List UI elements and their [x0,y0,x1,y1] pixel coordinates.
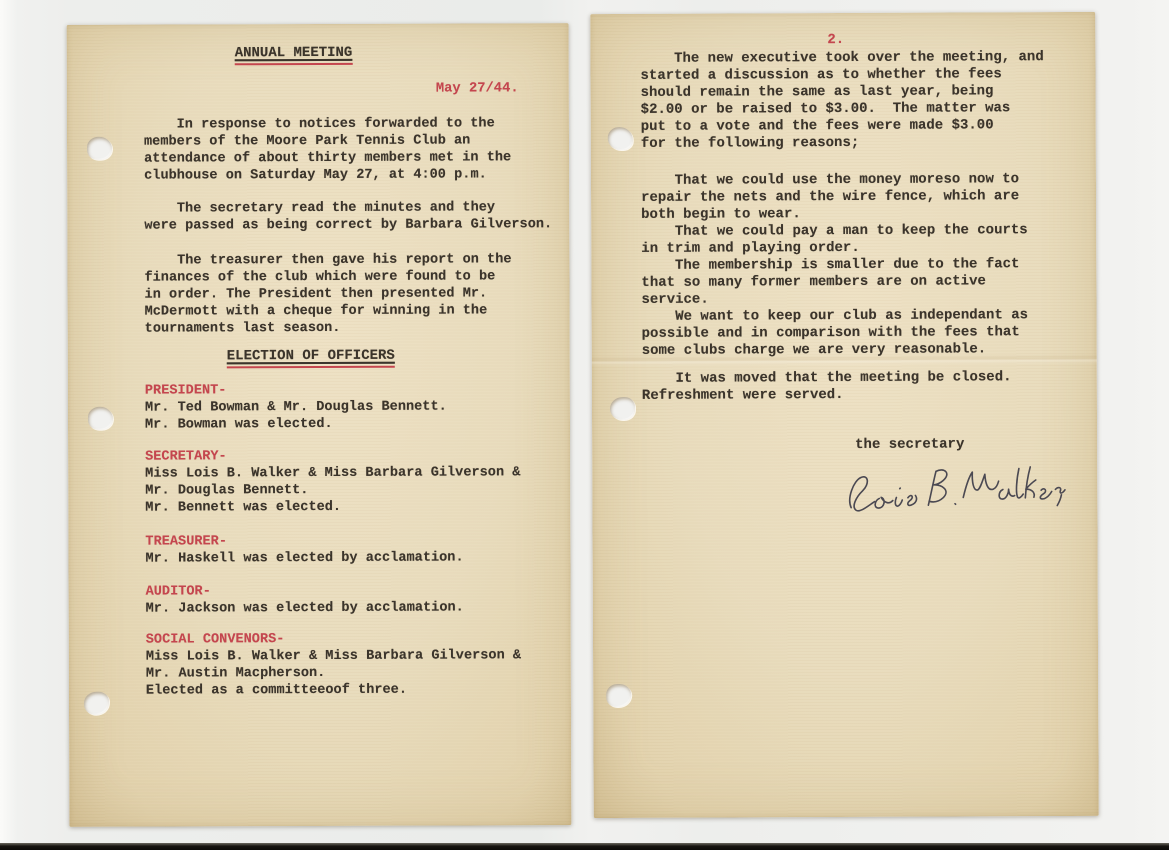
office-heading-social-convenors: SOCIAL CONVENORS- [146,631,285,648]
paragraph-meeting-closed: It was moved that the meeting be closed.… [642,369,1102,405]
office-heading-president: PRESIDENT- [145,382,227,399]
paragraph-attendance: In response to notices forwarded to the … [144,115,596,185]
page-title-text: ANNUAL MEETING [235,45,353,65]
paragraph-minutes-read: The secretary read the minutes and they … [144,199,596,235]
office-heading-treasurer: TREASURER- [145,533,227,550]
punch-hole-torn [610,397,635,420]
scan-edge-artifact [0,843,1169,850]
signature-ink-strokes [843,446,1070,523]
meeting-date: May 27/44. [436,80,519,97]
paragraph-reasons-list: That we could use the money moreso now t… [641,171,1102,360]
office-body-treasurer: Mr. Haskell was elected by acclamation. [145,549,597,568]
section-title-text: ELECTION OF OFFICERS [227,348,395,369]
punch-hole [88,407,113,430]
office-body-president: Mr. Ted Bowman & Mr. Douglas Bennett. Mr… [145,398,597,434]
minutes-page-2: 2. The new executive took over the meeti… [590,12,1099,818]
punch-hole-torn [606,684,631,707]
office-body-auditor: Mr. Jackson was elected by acclamation. [146,599,598,618]
punch-hole [87,137,112,160]
minutes-page-1: ANNUAL MEETING May 27/44. In response to… [67,23,572,827]
punch-hole [608,127,633,150]
handwritten-signature-lois-b-walker [843,446,1070,523]
office-body-social-convenors: Miss Lois B. Walker & Miss Barbara Gilve… [146,647,598,700]
signoff-the-secretary: the secretary [855,436,964,453]
punch-hole-torn [84,692,109,715]
paragraph-fees-discussion: The new executive took over the meeting,… [640,49,1100,153]
page-title: ANNUAL MEETING [235,45,353,65]
office-heading-secretary: SECRETARY- [145,448,227,465]
paragraph-treasurer-report: The treasurer then gave his report on th… [144,251,596,338]
office-body-secretary: Miss Lois B. Walker & Miss Barbara Gilve… [145,464,597,517]
office-heading-auditor: AUDITOR- [146,583,211,600]
section-title-election: ELECTION OF OFFICERS [227,348,395,369]
page-number: 2. [827,32,844,49]
